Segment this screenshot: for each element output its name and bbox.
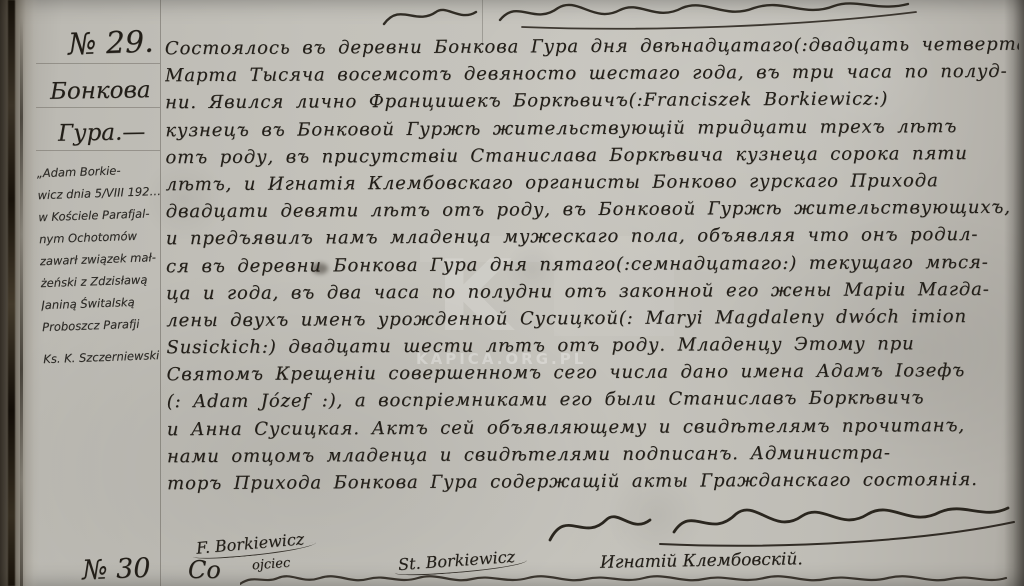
marginal-note-line: zawarł związek mał-	[39, 246, 166, 272]
next-record-number: № 30	[81, 553, 151, 586]
record-number: № 29.	[67, 25, 154, 63]
priest-signature-top-flourish-icon	[372, 0, 932, 34]
record-text-line: (: Adam Józef :), а воспріемниками его б…	[167, 384, 1021, 416]
marginal-note-line: w Kościele Parafjal-	[38, 202, 165, 228]
margin-rule-line	[36, 63, 160, 64]
record-text-line: торъ Прихода Бонкова Гура содержащій акт…	[167, 466, 1021, 498]
record-text-line: и Анна Сусицкая. Актъ сей объявляющему и…	[167, 411, 1021, 443]
witness2-signature: Игнатій Клембовскій.	[600, 549, 803, 573]
record-text-line: кузнецъ въ Бонковой Гуржѣ жительствующій…	[165, 112, 1019, 144]
record-place-line2: Гура.—	[58, 119, 146, 147]
marginal-marriage-note: „Adam Borkie- wicz dnia 5/VIII 192… w Ko…	[36, 158, 169, 370]
father-signature-text: F. Borkiewicz	[195, 529, 305, 557]
priest-signature-bottom-flourish-icon	[540, 498, 1020, 552]
margin-rule-line	[36, 150, 160, 151]
marginal-note-signature: Ks. K. Szczerniewski	[43, 344, 170, 370]
record-text-line: Марта Тысяча восемсотъ девяносто шестаго…	[165, 58, 1019, 90]
father-caption: ojciec	[252, 556, 291, 574]
record-text-line: ца и года, въ два часа по полудни отъ за…	[166, 275, 1020, 307]
book-binding-edge	[0, 0, 40, 586]
witness1-signature: St. Borkiewicz	[397, 547, 515, 574]
record-text-line: и предъявилъ намъ младенца мужескаго пол…	[166, 221, 1020, 253]
next-record-clipped-line-icon	[240, 572, 1010, 586]
record-text-line: ся въ деревни Бонкова Гура дня пятаго(:с…	[166, 248, 1020, 280]
witness1-signature-text: St. Borkiewicz	[397, 547, 515, 574]
father-signature: F. Borkiewicz	[195, 529, 305, 557]
marginal-note-line: Proboszcz Parafji	[42, 312, 169, 338]
register-page-scan: K KAPICA.ORG.PL № 29. Бонкова Гура.— „Ad…	[0, 0, 1024, 586]
record-place-line1: Бонкова	[50, 77, 151, 105]
margin-rule-line	[36, 107, 160, 108]
next-record-partial-text: Со	[188, 556, 221, 584]
page-right-shadow	[1004, 0, 1024, 586]
record-text: Состоялось въ деревни Бонкова Гура дня д…	[165, 31, 1021, 498]
